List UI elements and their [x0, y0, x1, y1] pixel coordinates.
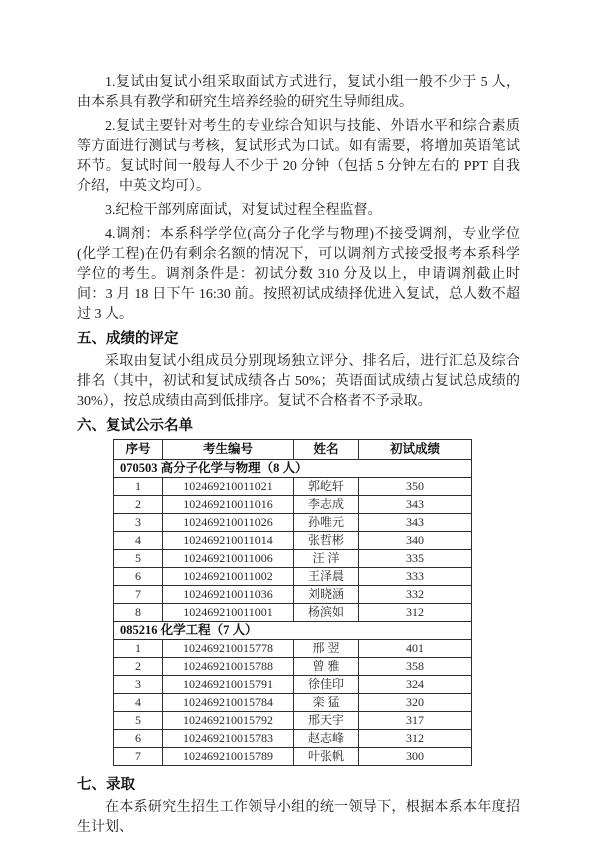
group-header-row: 085216 化学工程（7 人） — [114, 622, 472, 640]
header-candidate-id: 考生编号 — [163, 440, 294, 460]
numbered-paragraph-4: 4.调剂：本系科学学位(高分子化学与物理)不接受调剂，专业学位(化学工程)在仍有… — [77, 225, 520, 325]
admission-roster-table: 序号 考生编号 姓名 初试成绩 070503 高分子化学与物理（8 人） 1 1… — [113, 439, 472, 766]
cell-candidate-id: 102469210015783 — [163, 730, 294, 748]
cell-seq: 6 — [114, 730, 163, 748]
table-row: 3 102469210011026 孙唯元 343 — [114, 514, 472, 532]
cell-seq: 4 — [114, 532, 163, 550]
cell-candidate-id: 102469210011026 — [163, 514, 294, 532]
table-row: 7 102469210011036 刘晓涵 332 — [114, 586, 472, 604]
table-row: 4 102469210011014 张哲彬 340 — [114, 532, 472, 550]
table-row: 4 102469210015784 栾 猛 320 — [114, 694, 472, 712]
section7-heading: 七、录取 — [77, 775, 520, 795]
cell-candidate-id: 102469210015788 — [163, 658, 294, 676]
cell-seq: 6 — [114, 568, 163, 586]
cell-score: 332 — [359, 586, 472, 604]
cell-score: 312 — [359, 604, 472, 622]
cell-score: 340 — [359, 532, 472, 550]
cell-seq: 1 — [114, 640, 163, 658]
cell-candidate-id: 102469210011002 — [163, 568, 294, 586]
cell-score: 312 — [359, 730, 472, 748]
cell-score: 401 — [359, 640, 472, 658]
cell-seq: 1 — [114, 478, 163, 496]
cell-score: 320 — [359, 694, 472, 712]
numbered-paragraph-1: 1.复试由复试小组采取面试方式进行，复试小组一般不少于 5 人，由本系具有教学和… — [77, 73, 520, 113]
header-score: 初试成绩 — [359, 440, 472, 460]
cell-candidate-id: 102469210011001 — [163, 604, 294, 622]
cell-candidate-id: 102469210011036 — [163, 586, 294, 604]
cell-seq: 5 — [114, 550, 163, 568]
cell-score: 333 — [359, 568, 472, 586]
cell-name: 赵志峰 — [294, 730, 359, 748]
cell-name: 邢天宇 — [294, 712, 359, 730]
cell-name: 王泽晨 — [294, 568, 359, 586]
cell-name: 徐佳印 — [294, 676, 359, 694]
cell-candidate-id: 102469210011006 — [163, 550, 294, 568]
cell-score: 324 — [359, 676, 472, 694]
cell-name: 叶张帆 — [294, 748, 359, 766]
cell-score: 350 — [359, 478, 472, 496]
cell-name: 孙唯元 — [294, 514, 359, 532]
table-row: 1 102469210011021 郭屹轩 350 — [114, 478, 472, 496]
table-row: 6 102469210011002 王泽晨 333 — [114, 568, 472, 586]
cell-candidate-id: 102469210011014 — [163, 532, 294, 550]
cell-candidate-id: 102469210015792 — [163, 712, 294, 730]
cell-name: 张哲彬 — [294, 532, 359, 550]
group-title: 085216 化学工程（7 人） — [114, 622, 472, 640]
cell-candidate-id: 102469210015778 — [163, 640, 294, 658]
cell-candidate-id: 102469210011016 — [163, 496, 294, 514]
cell-seq: 4 — [114, 694, 163, 712]
cell-name: 郭屹轩 — [294, 478, 359, 496]
cell-name: 杨滨如 — [294, 604, 359, 622]
cell-name: 刘晓涵 — [294, 586, 359, 604]
section5-heading: 五、成绩的评定 — [77, 329, 520, 349]
table-row: 3 102469210015791 徐佳印 324 — [114, 676, 472, 694]
cell-score: 343 — [359, 514, 472, 532]
cell-score: 358 — [359, 658, 472, 676]
numbered-paragraph-2: 2.复试主要针对考生的专业综合知识与技能、外语水平和综合素质等方面进行测试与考核… — [77, 117, 520, 197]
cell-name: 邢 翌 — [294, 640, 359, 658]
header-seq: 序号 — [114, 440, 163, 460]
cell-name: 汪 洋 — [294, 550, 359, 568]
header-name: 姓名 — [294, 440, 359, 460]
cell-seq: 2 — [114, 496, 163, 514]
cell-name: 栾 猛 — [294, 694, 359, 712]
cell-score: 300 — [359, 748, 472, 766]
cell-name: 李志成 — [294, 496, 359, 514]
table-row: 5 102469210015792 邢天宇 317 — [114, 712, 472, 730]
table-row: 6 102469210015783 赵志峰 312 — [114, 730, 472, 748]
numbered-paragraph-3: 3.纪检干部列席面试，对复试过程全程监督。 — [77, 201, 520, 221]
section5-body: 采取由复试小组成员分别现场独立评分、排名后，进行汇总及综合排名（其中，初试和复试… — [77, 352, 520, 412]
cell-name: 曾 雅 — [294, 658, 359, 676]
cell-seq: 3 — [114, 676, 163, 694]
cell-score: 317 — [359, 712, 472, 730]
table-row: 7 102469210015789 叶张帆 300 — [114, 748, 472, 766]
cell-seq: 7 — [114, 748, 163, 766]
cell-score: 343 — [359, 496, 472, 514]
cell-candidate-id: 102469210015789 — [163, 748, 294, 766]
document-content: 1.复试由复试小组采取面试方式进行，复试小组一般不少于 5 人，由本系具有教学和… — [77, 73, 520, 842]
cell-candidate-id: 102469210015791 — [163, 676, 294, 694]
cell-score: 335 — [359, 550, 472, 568]
cell-seq: 2 — [114, 658, 163, 676]
table-row: 1 102469210015778 邢 翌 401 — [114, 640, 472, 658]
cell-seq: 7 — [114, 586, 163, 604]
table-row: 5 102469210011006 汪 洋 335 — [114, 550, 472, 568]
cell-candidate-id: 102469210015784 — [163, 694, 294, 712]
section6-heading: 六、复试公示名单 — [77, 416, 520, 436]
section7-body: 在本系研究生招生工作领导小组的统一领导下，根据本系本年度招生计划、 — [77, 798, 520, 838]
table-row: 2 102469210015788 曾 雅 358 — [114, 658, 472, 676]
document-page: 1.复试由复试小组采取面试方式进行，复试小组一般不少于 5 人，由本系具有教学和… — [0, 0, 596, 842]
cell-candidate-id: 102469210011021 — [163, 478, 294, 496]
table-row: 2 102469210011016 李志成 343 — [114, 496, 472, 514]
cell-seq: 3 — [114, 514, 163, 532]
table-row: 8 102469210011001 杨滨如 312 — [114, 604, 472, 622]
table-header-row: 序号 考生编号 姓名 初试成绩 — [114, 440, 472, 460]
cell-seq: 5 — [114, 712, 163, 730]
group-header-row: 070503 高分子化学与物理（8 人） — [114, 460, 472, 478]
group-title: 070503 高分子化学与物理（8 人） — [114, 460, 472, 478]
cell-seq: 8 — [114, 604, 163, 622]
